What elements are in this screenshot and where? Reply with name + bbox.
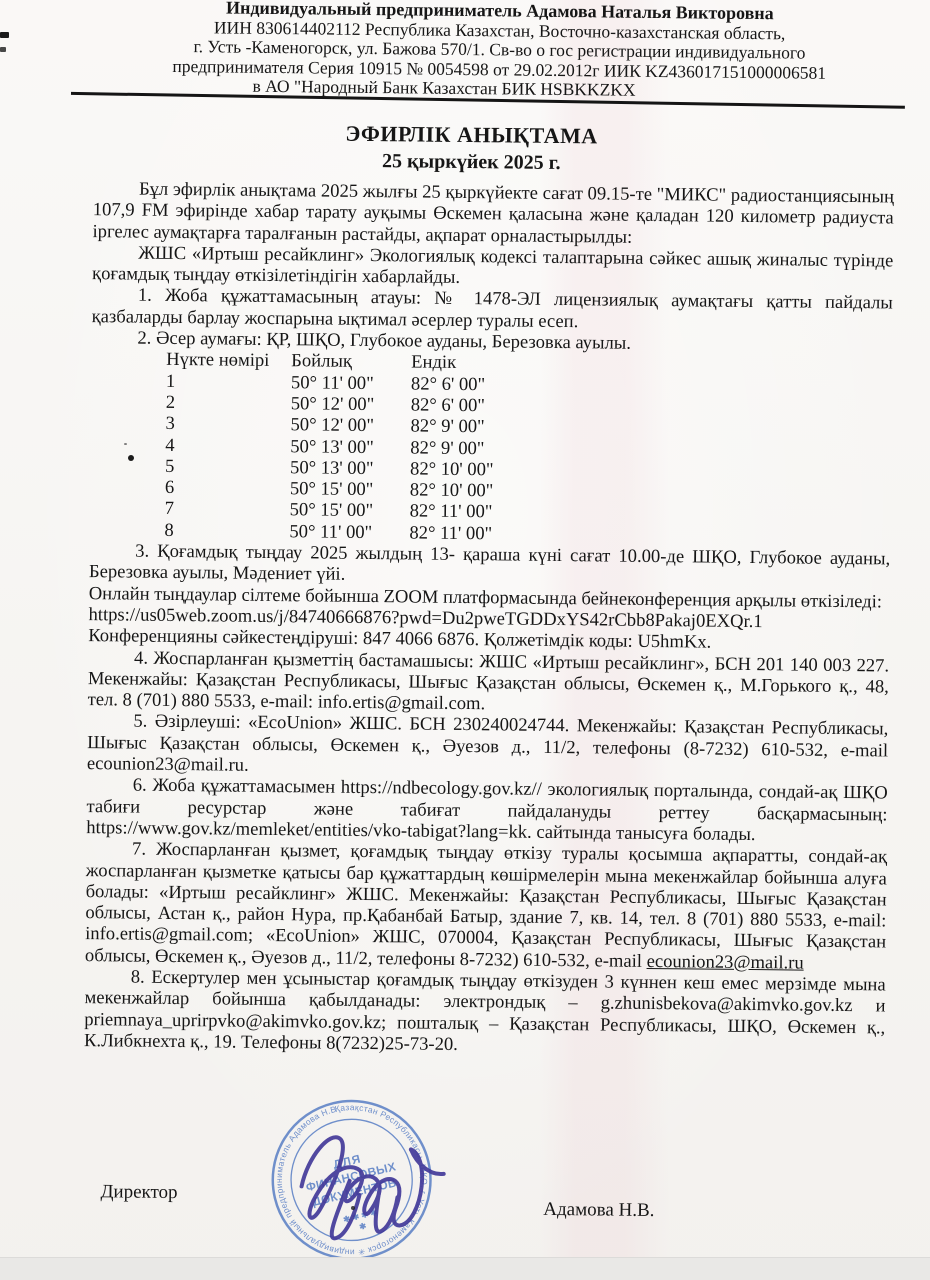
point-num: 3	[165, 413, 290, 436]
point-lon: 50° 11' 00"	[291, 372, 411, 395]
point-lon: 50° 15' 00"	[290, 478, 410, 501]
point-lon: 50° 13' 00"	[290, 436, 410, 459]
point-lon: 50° 13' 00"	[290, 457, 410, 480]
paragraph-item7: 7. Жоспарланған қызмет, қоғамдық тыңдау …	[85, 838, 887, 974]
point-num: 2	[166, 392, 291, 415]
point-num: 8	[164, 520, 289, 543]
paragraph-item6: 6. Жоба құжаттамасымен https://ndbecolog…	[86, 774, 888, 846]
paragraph-intro: Бұл эфирлік анықтама 2025 жылғы 25 қыркү…	[92, 178, 894, 250]
letterhead: Индивидуальный предприниматель Адамова Н…	[94, 0, 905, 104]
item7-email-underlined: ecounion23@mail.ru	[647, 951, 804, 974]
document-body: Бұл эфирлік анықтама 2025 жылғы 25 қыркү…	[84, 178, 894, 1060]
paragraph-item8: 8. Ескертулер мен ұсыныстар қоғамдық тың…	[84, 966, 886, 1060]
point-num: 7	[165, 498, 290, 521]
point-num: 5	[165, 456, 290, 479]
scan-speck	[351, 1206, 355, 1210]
point-lon: 50° 15' 00"	[290, 500, 410, 523]
doc-date: 25 қыркүйек 2025 г.	[71, 147, 871, 178]
doc-title: ЭФИРЛІК АНЫҚТАМА	[71, 118, 871, 152]
scan-speck	[124, 443, 127, 445]
point-lon: 50° 12' 00"	[290, 414, 410, 437]
title-block: ЭФИРЛІК АНЫҚТАМА 25 қыркүйек 2025 г.	[71, 118, 872, 178]
point-lon: 50° 11' 00"	[289, 521, 409, 544]
paragraph-item4: 4. Жоспарланған қызметтің бастамашысы: Ж…	[88, 647, 890, 719]
scanner-edge-strip	[0, 1257, 930, 1280]
paragraph-item5: 5. Әзірлеуші: «EcoUnion» ЖШС. БСН 230240…	[87, 711, 889, 783]
scan-speck	[128, 455, 134, 461]
col-header-point: Нүкте нөмірі	[166, 349, 291, 372]
point-num: 4	[165, 434, 290, 457]
col-header-longitude: Бойлық	[291, 351, 411, 374]
signature-role-label: Директор	[100, 1181, 177, 1204]
scanned-document-page: Индивидуальный предприниматель Адамова Н…	[0, 0, 930, 1280]
signature-scribble	[279, 1118, 495, 1260]
scan-speck	[0, 47, 6, 52]
point-lon: 50° 12' 00"	[291, 393, 411, 416]
signatory-name: Адамова Н.В.	[543, 1199, 654, 1222]
point-num: 1	[166, 371, 291, 394]
coords-table: Нүкте нөмірі Бойлық Ендік 1 50° 11' 00" …	[164, 349, 892, 548]
point-num: 6	[165, 477, 290, 500]
scan-speck	[0, 32, 9, 38]
